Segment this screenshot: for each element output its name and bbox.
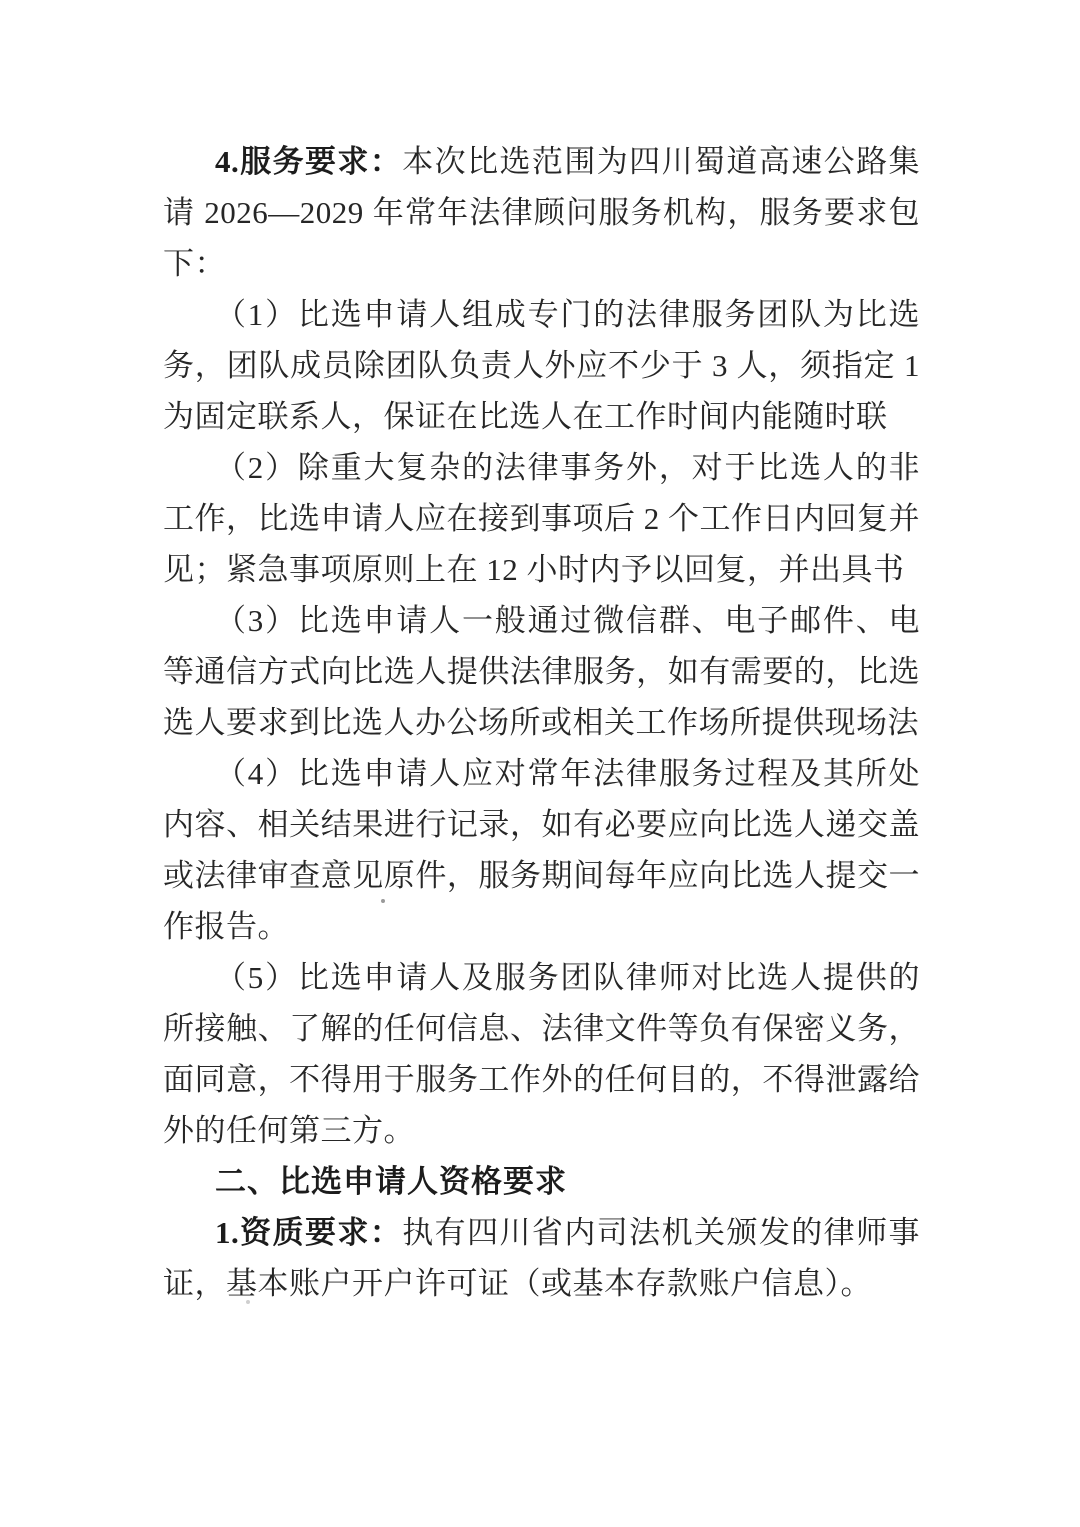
bold-label: 二、比选申请人资格要求 bbox=[215, 1164, 567, 1199]
text-line: 作报告。 bbox=[163, 901, 920, 952]
text-line: 证，基本账户开户许可证（或基本存款账户信息）。 bbox=[163, 1258, 920, 1309]
text-segment: （4）比选申请人应对常年法律服务过程及其所处理的法律事务 bbox=[163, 756, 920, 799]
text-line: 外的任何第三方。 bbox=[163, 1105, 920, 1156]
para-item-4: （4）比选申请人应对常年法律服务过程及其所处理的法律事务内容、相关结果进行记录，… bbox=[163, 748, 920, 952]
text-segment: （5）比选申请人及服务团队律师对比选人提供的资料及服务中 bbox=[163, 960, 920, 1003]
text-segment: 为固定联系人，保证在比选人在工作时间内能随时联系。 bbox=[163, 399, 888, 442]
text-line: 二、比选申请人资格要求 bbox=[163, 1156, 920, 1207]
para-item-2: （2）除重大复杂的法律事务外，对于比选人的非紧急法律事务工作，比选申请人应在接到… bbox=[163, 442, 920, 595]
text-segment: 外的任何第三方。 bbox=[163, 1113, 415, 1148]
scan-artifact-dot bbox=[246, 1300, 250, 1304]
bold-label: 1.资质要求： bbox=[215, 1215, 402, 1250]
text-segment: 工作，比选申请人应在接到事项后 2 个工作日内回复并出具书面意 bbox=[163, 501, 920, 544]
text-segment: 请 2026—2029 年常年法律顾问服务机构，服务要求包括但不限于如 bbox=[163, 195, 920, 238]
text-block: 4.服务要求：本次比选范围为四川蜀道高速公路集团有限公司聘请 2026—2029… bbox=[163, 136, 920, 1309]
text-line: （3）比选申请人一般通过微信群、电子邮件、电话、视频会议 bbox=[163, 595, 920, 646]
text-segment: 选人要求到比选人办公场所或相关工作场所提供现场法律服务。 bbox=[163, 705, 919, 748]
text-segment: 见；紧急事项原则上在 12 小时内予以回复，并出具书面意见。 bbox=[163, 552, 905, 595]
text-line: 所接触、了解的任何信息、法律文件等负有保密义务，未经比选人书 bbox=[163, 1003, 920, 1054]
text-segment: 证，基本账户开户许可证（或基本存款账户信息）。 bbox=[163, 1266, 872, 1301]
text-line: 选人要求到比选人办公场所或相关工作场所提供现场法律服务。 bbox=[163, 697, 920, 748]
para-service-requirements: 4.服务要求：本次比选范围为四川蜀道高速公路集团有限公司聘请 2026—2029… bbox=[163, 136, 920, 289]
text-line: 1.资质要求：执有四川省内司法机关颁发的律师事务所执业许可 bbox=[163, 1207, 920, 1258]
text-segment: 所接触、了解的任何信息、法律文件等负有保密义务，未经比选人书 bbox=[163, 1011, 920, 1054]
text-line: 为固定联系人，保证在比选人在工作时间内能随时联系。 bbox=[163, 391, 920, 442]
text-line: 内容、相关结果进行记录，如有必要应向比选人递交盖章的法律咨询 bbox=[163, 799, 920, 850]
text-line: 务，团队成员除团队负责人外应不少于 3 人，须指定 1 至 2 名律师作 bbox=[163, 340, 920, 391]
text-segment: 或法律审查意见原件，服务期间每年应向比选人提交一次法律服务工 bbox=[163, 858, 920, 901]
text-line: （2）除重大复杂的法律事务外，对于比选人的非紧急法律事务 bbox=[163, 442, 920, 493]
text-line: 工作，比选申请人应在接到事项后 2 个工作日内回复并出具书面意 bbox=[163, 493, 920, 544]
text-segment: 下： bbox=[163, 246, 226, 281]
document-page: 4.服务要求：本次比选范围为四川蜀道高速公路集团有限公司聘请 2026—2029… bbox=[0, 0, 1080, 1527]
text-line: 面同意，不得用于服务工作外的任何目的，不得泄露给服务团队律师 bbox=[163, 1054, 920, 1105]
scan-artifact-dot bbox=[381, 899, 385, 903]
text-line: 请 2026—2029 年常年法律顾问服务机构，服务要求包括但不限于如 bbox=[163, 187, 920, 238]
text-line: 见；紧急事项原则上在 12 小时内予以回复，并出具书面意见。 bbox=[163, 544, 920, 595]
text-line: （1）比选申请人组成专门的法律服务团队为比选人提供法律服 bbox=[163, 289, 920, 340]
text-segment: 务，团队成员除团队负责人外应不少于 3 人，须指定 1 至 2 名律师作 bbox=[163, 348, 920, 391]
text-line: 或法律审查意见原件，服务期间每年应向比选人提交一次法律服务工 bbox=[163, 850, 920, 901]
text-segment: （2）除重大复杂的法律事务外，对于比选人的非紧急法律事务 bbox=[163, 450, 920, 493]
text-line: 4.服务要求：本次比选范围为四川蜀道高速公路集团有限公司聘 bbox=[163, 136, 920, 187]
text-line: 等通信方式向比选人提供法律服务，如有需要的，比选申请人按照比 bbox=[163, 646, 920, 697]
text-segment: 面同意，不得用于服务工作外的任何目的，不得泄露给服务团队律师 bbox=[163, 1062, 920, 1105]
para-qualification-requirements: 1.资质要求：执有四川省内司法机关颁发的律师事务所执业许可证，基本账户开户许可证… bbox=[163, 1207, 920, 1309]
text-line: （5）比选申请人及服务团队律师对比选人提供的资料及服务中 bbox=[163, 952, 920, 1003]
text-segment: 等通信方式向比选人提供法律服务，如有需要的，比选申请人按照比 bbox=[163, 654, 920, 697]
bold-label: 4.服务要求： bbox=[215, 144, 402, 179]
text-segment: （1）比选申请人组成专门的法律服务团队为比选人提供法律服 bbox=[163, 297, 920, 340]
text-segment: （3）比选申请人一般通过微信群、电子邮件、电话、视频会议 bbox=[163, 603, 920, 646]
text-line: 下： bbox=[163, 238, 920, 289]
para-item-3: （3）比选申请人一般通过微信群、电子邮件、电话、视频会议等通信方式向比选人提供法… bbox=[163, 595, 920, 748]
para-item-1: （1）比选申请人组成专门的法律服务团队为比选人提供法律服务，团队成员除团队负责人… bbox=[163, 289, 920, 442]
text-line: （4）比选申请人应对常年法律服务过程及其所处理的法律事务 bbox=[163, 748, 920, 799]
text-segment: 作报告。 bbox=[163, 909, 289, 944]
para-item-5: （5）比选申请人及服务团队律师对比选人提供的资料及服务中所接触、了解的任何信息、… bbox=[163, 952, 920, 1156]
text-segment: 内容、相关结果进行记录，如有必要应向比选人递交盖章的法律咨询 bbox=[163, 807, 920, 850]
section-heading-applicant-qualifications: 二、比选申请人资格要求 bbox=[163, 1156, 920, 1207]
